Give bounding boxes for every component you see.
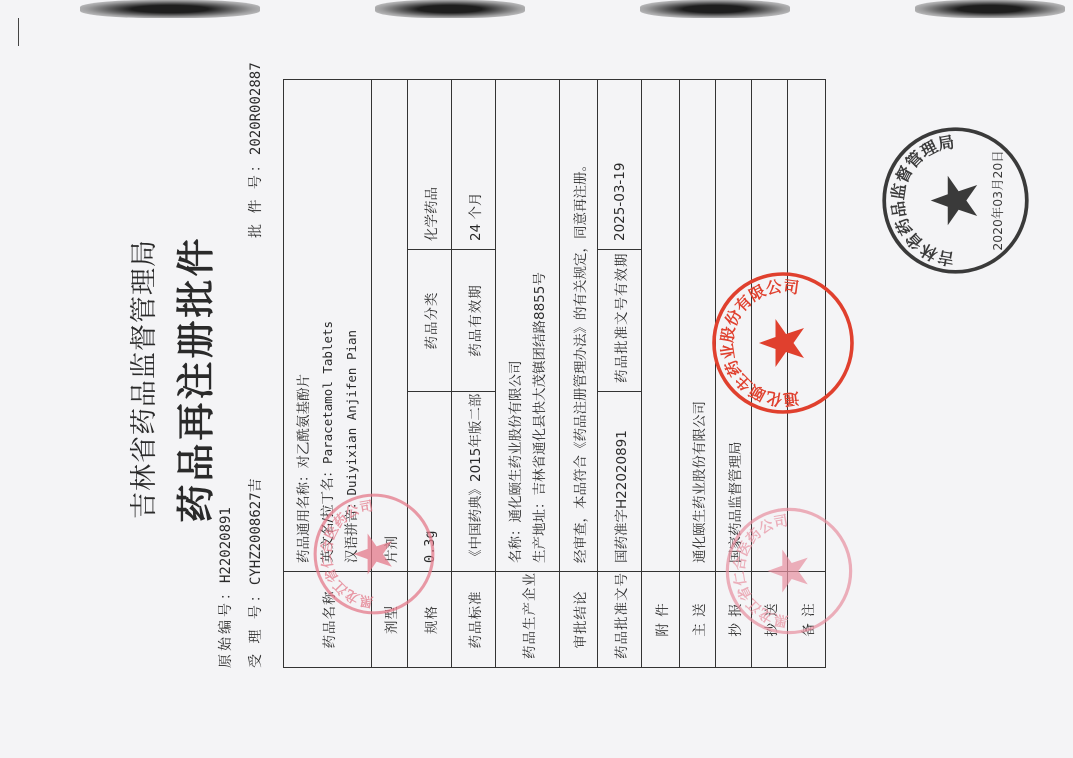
- dosage-form-label: 剂型: [372, 572, 408, 668]
- drug-name-cell: 药品通用名称：对乙酰氨基酚片 英文名/拉丁名：Paracetamol Table…: [284, 79, 372, 571]
- approval-number: 批 件 号：2020R002887: [245, 62, 265, 238]
- table-row: 药品名称 药品通用名称：对乙酰氨基酚片 英文名/拉丁名：Paracetamol …: [284, 79, 372, 667]
- copy-to-label: 抄 送: [752, 572, 788, 668]
- seal-graphic: 吉林省药品监督管理局2020年03月20日: [878, 123, 1033, 278]
- standard-label: 药品标准: [452, 572, 496, 668]
- official-seal: 吉林省药品监督管理局2020年03月20日: [878, 123, 1033, 278]
- star-icon: [931, 176, 978, 226]
- approval-validity-label: 药品批准文号有效期: [598, 250, 642, 392]
- table-row: 审批结论 经审查，本品符合《药品注册管理办法》的有关规定，同意再注册。: [560, 79, 598, 667]
- table-row: 药品生产企业 名称：通化颐生药业股份有限公司 生产地址：吉林省通化县快大茂镇团结…: [496, 79, 560, 667]
- document-title: 药品再注册批件: [165, 0, 220, 758]
- table-row: 备 注: [788, 79, 826, 667]
- shelf-life-value: 24 个月: [452, 79, 496, 249]
- table-row: 主 送 通化颐生药业股份有限公司: [680, 79, 716, 667]
- approval-number-label: 批 件 号：: [248, 155, 264, 238]
- english-name-value: Paracetamol Tablets: [320, 321, 335, 464]
- original-number: 原始编号：H22020891: [215, 507, 235, 668]
- approval-number-value-cell: 国药准字H22020891: [598, 392, 642, 572]
- specification-label: 规格: [408, 572, 452, 668]
- approval-validity-value: 2025-03-19: [598, 79, 642, 249]
- remarks-label: 备 注: [788, 572, 826, 668]
- standard-value: 《中国药典》2015年版二部: [452, 392, 496, 572]
- table-row: 药品标准 《中国药典》2015年版二部 药品有效期 24 个月: [452, 79, 496, 667]
- category-label: 药品分类: [408, 250, 452, 392]
- registration-table: 药品名称 药品通用名称：对乙酰氨基酚片 英文名/拉丁名：Paracetamol …: [283, 79, 826, 668]
- original-number-label: 原始编号：: [218, 583, 234, 668]
- category-value: 化学药品: [408, 79, 452, 249]
- copy-to-value: [752, 79, 788, 571]
- shelf-life-label: 药品有效期: [452, 250, 496, 392]
- attachment-value: [642, 79, 680, 571]
- specification-value: 0.3g: [408, 392, 452, 572]
- svg-text:2020年03月20日: 2020年03月20日: [990, 150, 1005, 250]
- remarks-value: [788, 79, 826, 571]
- manufacturer-cell: 名称：通化颐生药业股份有限公司 生产地址：吉林省通化县快大茂镇团结路8855号: [496, 79, 560, 571]
- dosage-form-value: 片剂: [372, 79, 408, 571]
- drug-name-label: 药品名称: [284, 572, 372, 668]
- conclusion-value: 经审查，本品符合《药品注册管理办法》的有关规定，同意再注册。: [560, 79, 598, 571]
- generic-name-label: 药品通用名称：: [296, 469, 312, 564]
- approval-number-label-cell: 药品批准文号: [598, 572, 642, 668]
- approval-number-value: 2020R002887: [248, 62, 264, 155]
- conclusion-label: 审批结论: [560, 572, 598, 668]
- attachment-label: 附 件: [642, 572, 680, 668]
- table-row: 药品批准文号 国药准字H22020891 药品批准文号有效期 2025-03-1…: [598, 79, 642, 667]
- table-row: 抄 送: [752, 79, 788, 667]
- acceptance-number: 受 理 号：CYHZ2008627吉: [245, 478, 265, 668]
- table-row: 剂型 片剂: [372, 79, 408, 667]
- main-recipient-value: 通化颐生药业股份有限公司: [680, 79, 716, 571]
- svg-text:吉林省药品监督管理局: 吉林省药品监督管理局: [888, 132, 956, 268]
- acceptance-number-label: 受 理 号：: [248, 585, 264, 668]
- issuing-agency: 吉林省药品监督管理局: [122, 0, 161, 758]
- english-name-label: 英文名/拉丁名：: [320, 464, 336, 563]
- report-to-value: 国家药品监督管理局: [716, 79, 752, 571]
- manufacturer-address: 生产地址：吉林省通化县快大茂镇团结路8855号: [528, 88, 552, 563]
- main-recipient-label: 主 送: [680, 572, 716, 668]
- table-row: 附 件: [642, 79, 680, 667]
- document-page: 吉林省药品监督管理局 药品再注册批件 原始编号：H22020891 受 理 号：…: [0, 0, 1073, 758]
- table-row: 抄 报 国家药品监督管理局: [716, 79, 752, 667]
- pinyin-value: Duiyixian Anjifen Pian: [344, 330, 359, 496]
- manufacturer-label: 药品生产企业: [496, 572, 560, 668]
- report-to-label: 抄 报: [716, 572, 752, 668]
- original-number-value: H22020891: [218, 507, 234, 583]
- table-row: 规格 0.3g 药品分类 化学药品: [408, 79, 452, 667]
- generic-name-value: 对乙酰氨基酚片: [296, 374, 312, 469]
- acceptance-number-value: CYHZ2008627吉: [248, 478, 264, 585]
- pinyin-label: 汉语拼音：: [344, 496, 360, 564]
- manufacturer-name: 名称：通化颐生药业股份有限公司: [504, 88, 528, 563]
